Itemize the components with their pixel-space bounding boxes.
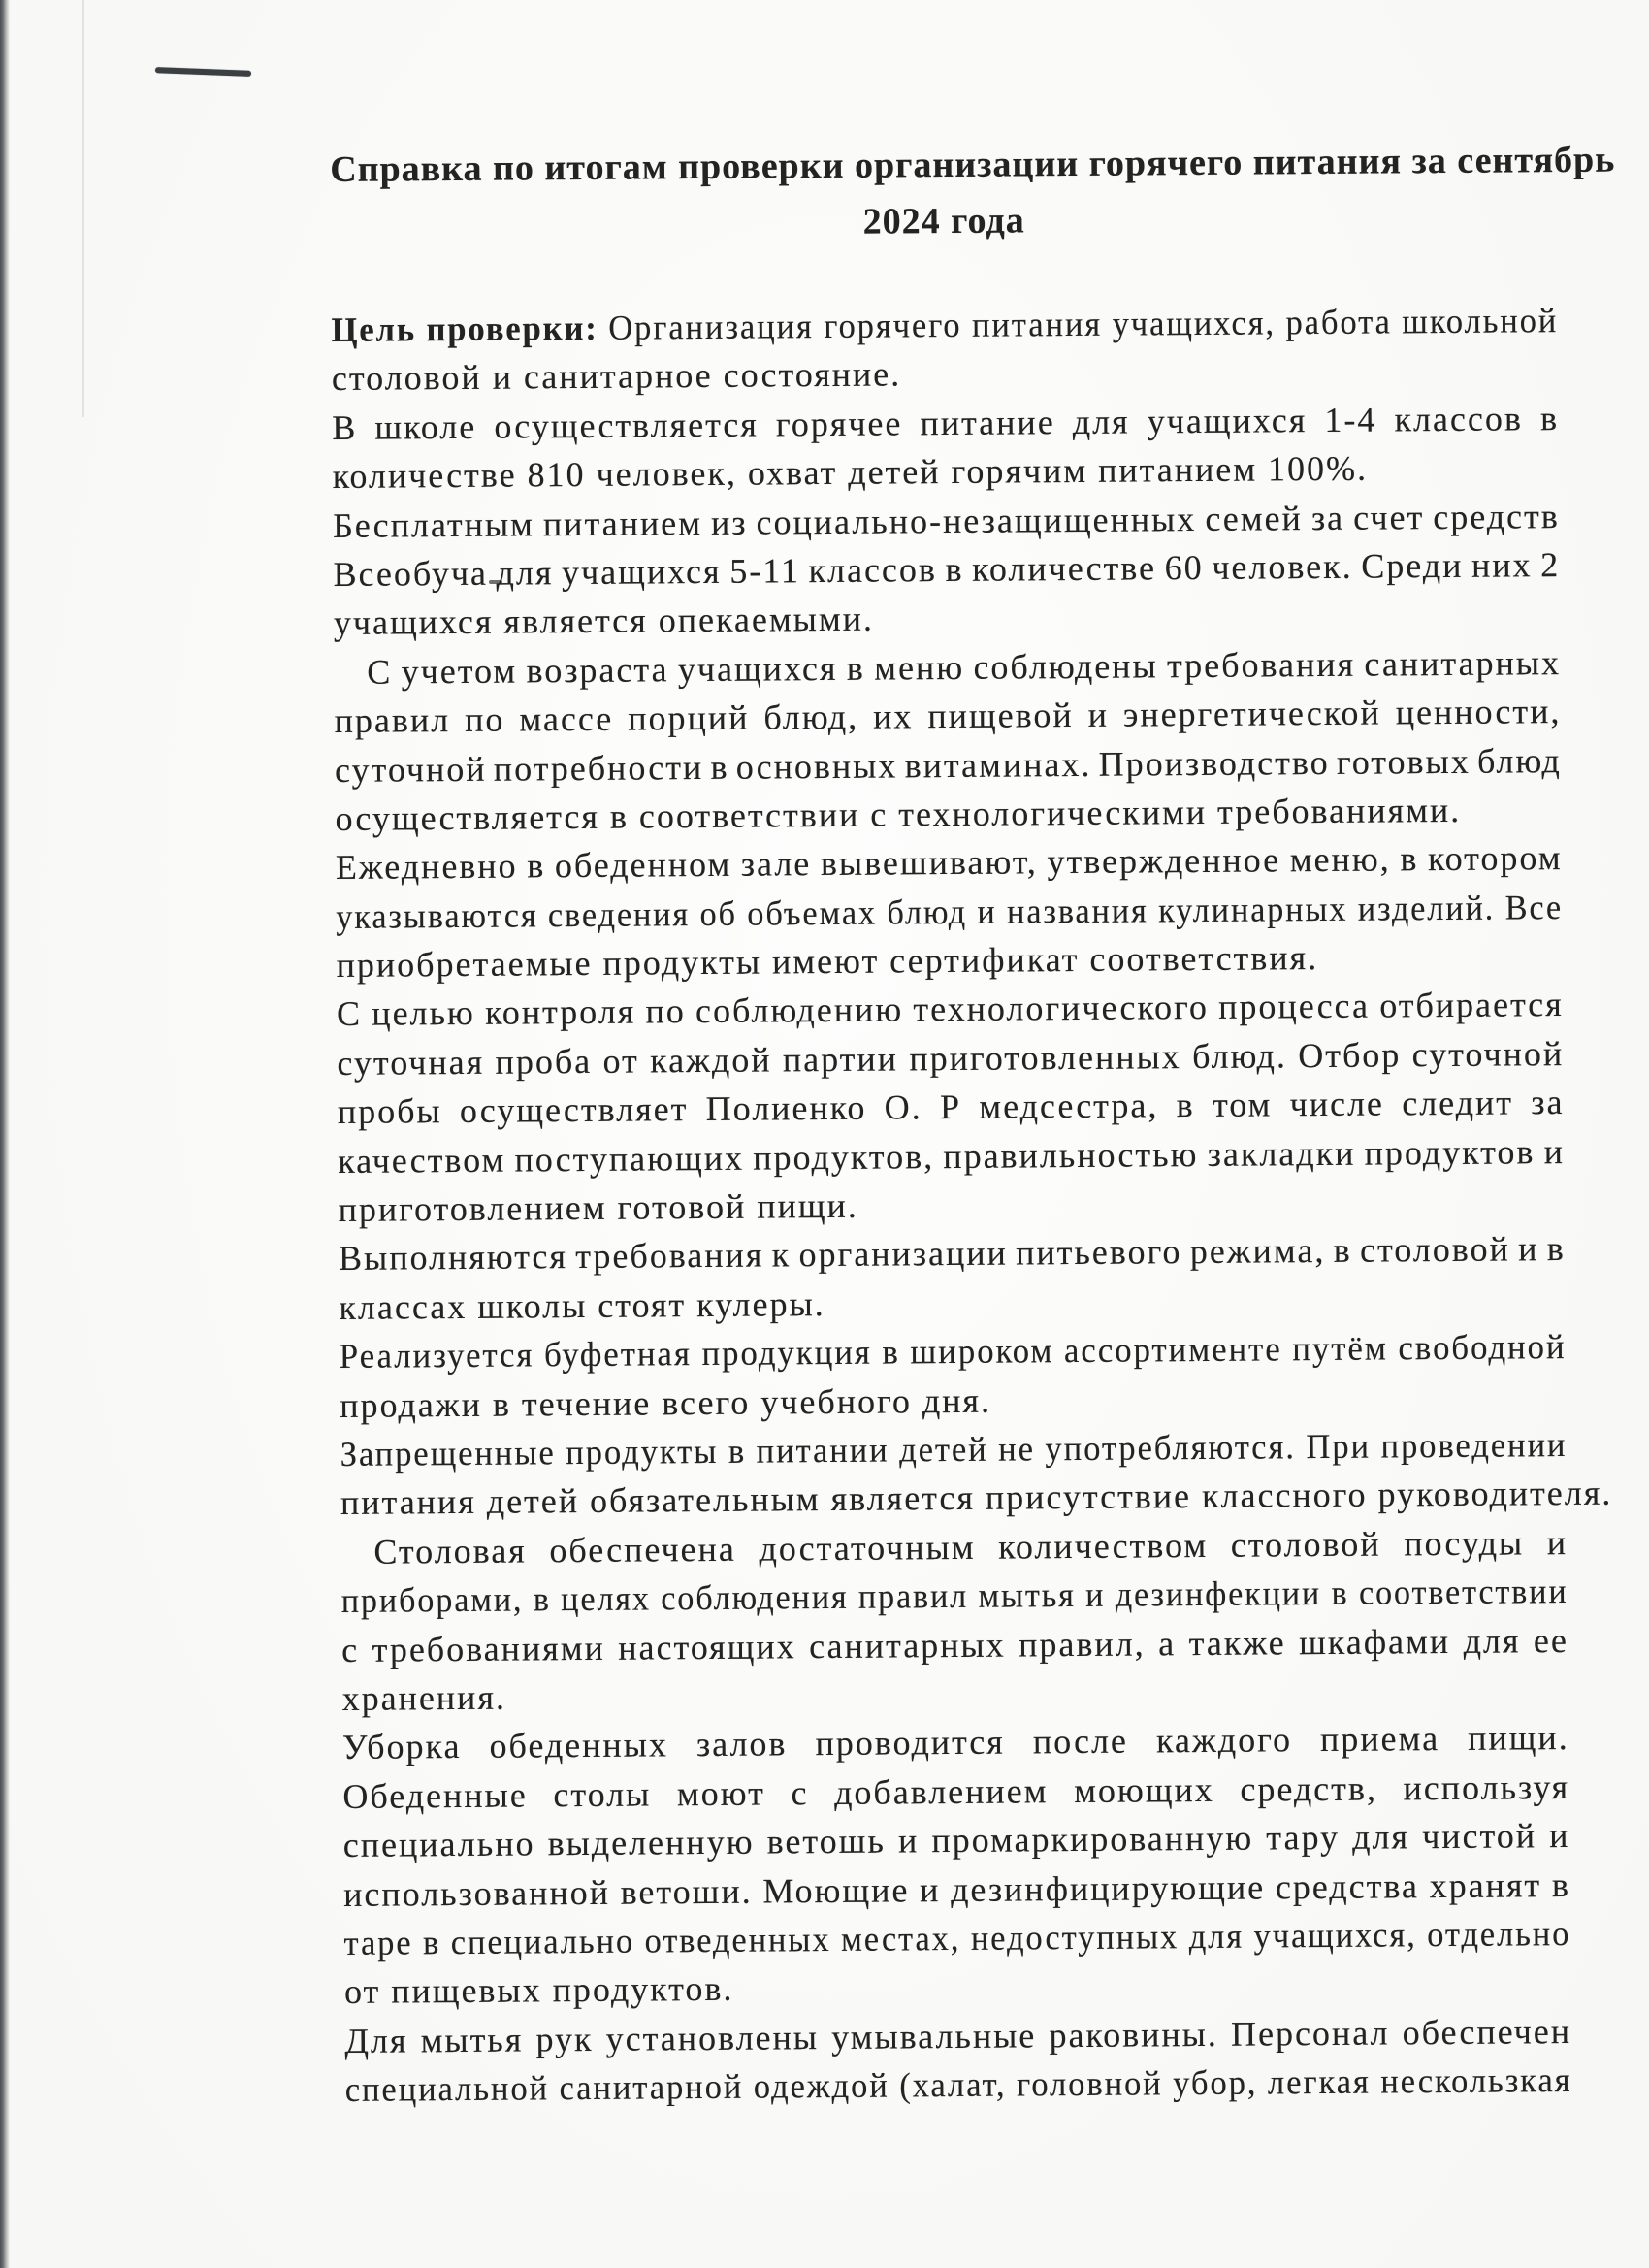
text-line-content: от пищевых продуктов.: [344, 1969, 734, 2011]
text-line: Всеобуча для учащихся 5-11 классов в кол…: [333, 540, 1560, 599]
document-title-line-1: Справка по итогам проверки организации г…: [330, 132, 1557, 198]
text-line: указываются сведения об объемах блюд и н…: [336, 883, 1563, 941]
text-line-content: классах школы стоят кулеры.: [339, 1284, 825, 1327]
text-line-content: Реализуется буфетная продукция в широком…: [339, 1322, 1567, 1380]
text-line: таре в специально отведенных местах, нед…: [343, 1909, 1570, 1967]
text-line-content: специально выделенную ветошь и промаркир…: [343, 1816, 1570, 1864]
text-line-content: продажи в течение всего учебного дня.: [339, 1380, 991, 1424]
text-line: правил по массе порций блюд, их пищевой …: [334, 687, 1561, 745]
text-line-content: Бесплатным питанием из социально-незащищ…: [333, 497, 1560, 545]
bold-run: Цель проверки:: [331, 308, 598, 349]
text-line-content: указываются сведения об объемах блюд и н…: [336, 883, 1563, 941]
text-line-content: хранения.: [341, 1678, 506, 1718]
text-line-content: использованной ветоши. Моющие и дезинфиц…: [343, 1865, 1570, 1914]
text-line-content: приборами, в целях соблюдения правил мыт…: [341, 1567, 1568, 1625]
text-line: Цель проверки: Организация горячего пита…: [331, 296, 1558, 354]
text-line: В школе осуществляется горячее питание д…: [332, 394, 1559, 452]
text-line-content: Всеобуча для учащихся 5-11 классов в кол…: [333, 545, 1560, 594]
document: Справка по итогам проверки организации г…: [330, 132, 1572, 2114]
text-line-content: суточной потребности в основных витамина…: [335, 741, 1562, 790]
text-line-content: С целью контроля по соблюдению технологи…: [337, 986, 1564, 1034]
text-line-content: В школе осуществляется горячее питание д…: [332, 399, 1559, 447]
document-body: Цель проверки: Организация горячего пита…: [331, 296, 1572, 2114]
text-line: Запрещенные продукты в питании детей не …: [339, 1420, 1567, 1478]
text-line-content: таре в специально отведенных местах, нед…: [343, 1909, 1570, 1967]
text-line: Выполняются требования к организации пит…: [339, 1224, 1566, 1282]
text-line: специальной санитарной одеждой (халат, г…: [345, 2056, 1572, 2114]
text-line-content: качеством поступающих продуктов, правиль…: [338, 1132, 1565, 1181]
text-line-content: правил по массе порций блюд, их пищевой …: [335, 692, 1562, 740]
scan-edge-shadow: [0, 0, 10, 2268]
text-line-content: Уборка обеденных залов проводится после …: [342, 1718, 1569, 1766]
text-line: приборами, в целях соблюдения правил мыт…: [341, 1567, 1568, 1625]
text-line-content: Столовая обеспечена достаточным количест…: [373, 1523, 1568, 1571]
text-line-content: столовой и санитарное состояние.: [332, 355, 902, 399]
text-line-content: с требованиями настоящих санитарных прав…: [341, 1621, 1568, 1669]
text-line-content: количестве 810 человек, охват детей горя…: [333, 449, 1369, 496]
text-line-content: специальной санитарной одеждой (халат, г…: [345, 2056, 1572, 2114]
text-line-content: суточная проба от каждой партии приготов…: [337, 1034, 1564, 1083]
text-line-content: учащихся является опекаемыми.: [334, 599, 874, 642]
text-line-content: приобретаемые продукты имеют сертификат …: [337, 938, 1319, 985]
text-line: с требованиями настоящих санитарных прав…: [341, 1616, 1568, 1674]
text-line-content: Ежедневно в обеденном зале вывешивают, у…: [336, 838, 1563, 887]
text-line-content: Для мытья рук установлены умывальные рак…: [344, 2012, 1571, 2060]
text-line-content: приготовлением готовой пищи.: [338, 1186, 857, 1229]
text-line-content: питания детей обязательным является прис…: [340, 1474, 1613, 1522]
text-line-content: Цель проверки: Организация горячего пита…: [331, 296, 1558, 354]
document-title-line-2: 2024 года: [330, 188, 1557, 254]
text-line: Реализуется буфетная продукция в широком…: [339, 1322, 1567, 1380]
text-line: специально выделенную ветошь и промаркир…: [343, 1811, 1570, 1869]
text-line-content: Выполняются требования к организации пит…: [339, 1229, 1566, 1278]
text-line-content: пробы осуществляет Полиенко О. Р медсест…: [338, 1083, 1565, 1131]
text-line-content: осуществляется в соответствии с технолог…: [335, 791, 1461, 838]
text-line-content: С учетом возраста учащихся в меню соблюд…: [367, 643, 1561, 692]
text-line: качеством поступающих продуктов, правиль…: [338, 1127, 1565, 1185]
text-line-content: Обеденные столы моют с добавлением моющи…: [342, 1767, 1569, 1816]
text-line-content: Запрещенные продукты в питании детей не …: [339, 1420, 1567, 1478]
scanner-streak-line: [82, 0, 84, 417]
